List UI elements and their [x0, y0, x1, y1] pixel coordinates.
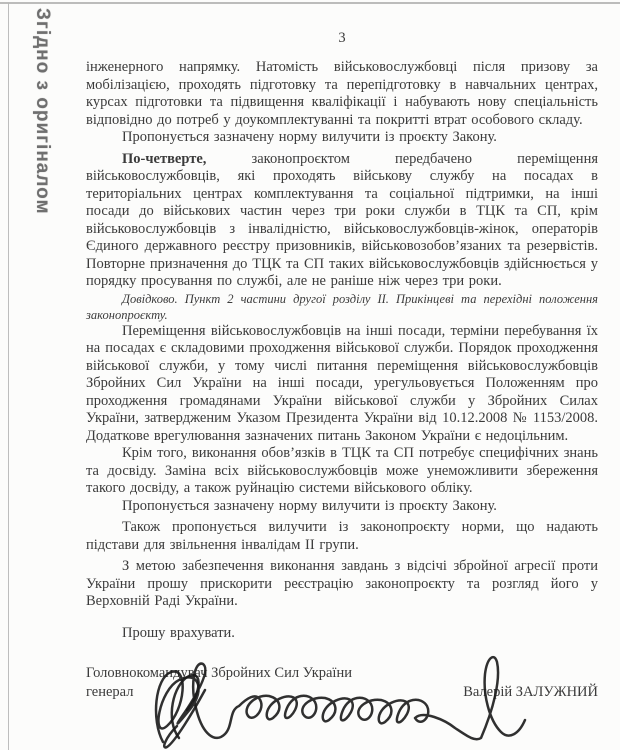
scan-edge-left	[8, 3, 9, 750]
paragraph: Також пропонується вилучити із законопро…	[86, 519, 598, 554]
certified-copy-stamp: Згідно з оригіналом	[30, 8, 54, 215]
paragraph: З метою забезпечення виконання завдань з…	[86, 558, 598, 611]
paragraph: інженерного напрямку. Натомість військов…	[86, 59, 598, 129]
document-content: 3 інженерного напрямку. Натомість військ…	[86, 30, 598, 702]
scan-edge-top	[0, 2, 620, 4]
page-number: 3	[86, 30, 598, 47]
paragraph: Прошу врахувати.	[86, 625, 598, 643]
paragraph: Переміщення військовослужбовців на інші …	[86, 323, 598, 446]
scanned-document-page: Згідно з оригіналом 3 інженерного напрям…	[0, 0, 620, 750]
reference-note: Довідково. Пункт 2 частини другої розділ…	[86, 291, 598, 323]
signature-scribble	[145, 650, 540, 750]
paragraph: По-четверте, законопроєктом передбачено …	[86, 151, 598, 291]
paragraph: Пропонується зазначену норму вилучити із…	[86, 129, 598, 147]
paragraph: Крім того, виконання обов’язків в ТЦК та…	[86, 445, 598, 498]
document-body: інженерного напрямку. Натомість військов…	[86, 59, 598, 642]
paragraph: Пропонується зазначену норму вилучити із…	[86, 498, 598, 516]
